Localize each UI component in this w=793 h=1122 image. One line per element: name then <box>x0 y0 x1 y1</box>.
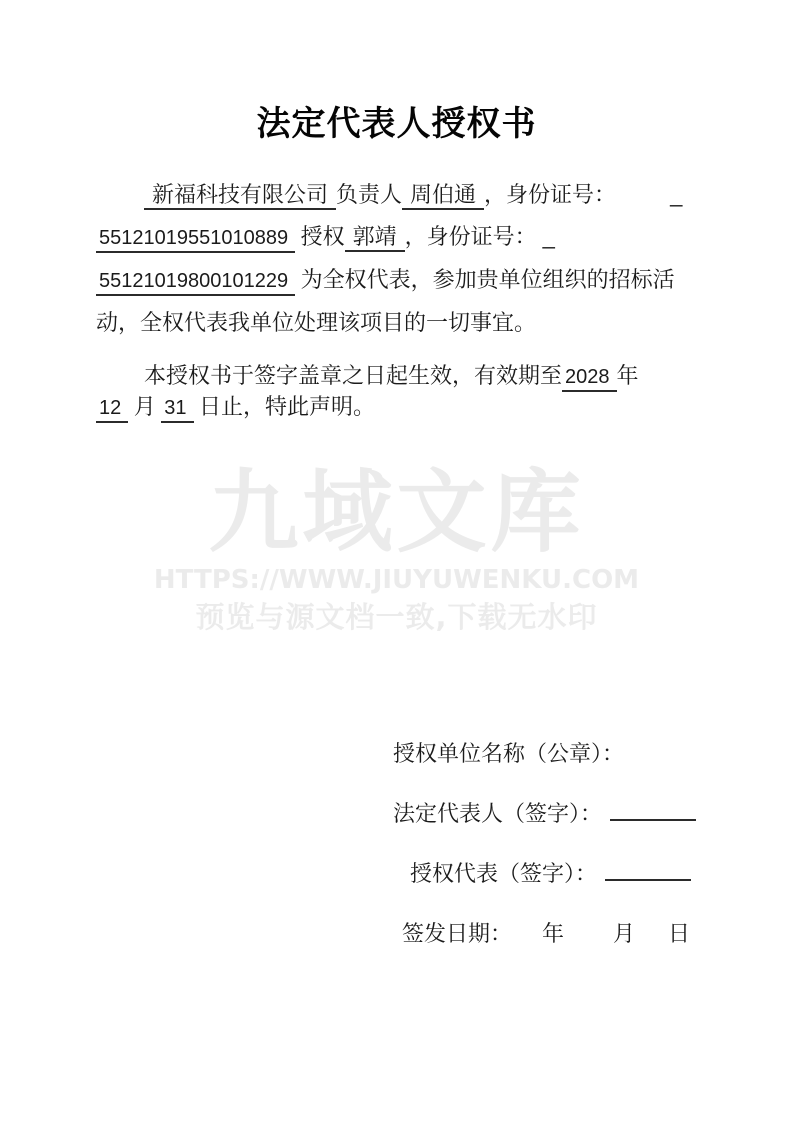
responsible-person-name-field: 周伯通 <box>402 182 484 210</box>
unit-seal-row: 授权单位名称（公章）： <box>393 737 696 771</box>
responsible-person-id-field: 55121019551010889 <box>96 227 295 253</box>
id-blank-2: _ <box>543 216 555 258</box>
responsible-person-label: 负责人 <box>336 182 402 207</box>
signature-block: 授权单位名称（公章）： 法定代表人（签字）： 授权代表（签字）： 签发日期：年月… <box>393 737 696 977</box>
auth-line-1: 新福科技有限公司负责人周伯通，身份证号：_ <box>96 174 682 216</box>
validity-line-2: 12 月 31 日止，特此声明。 <box>96 392 682 423</box>
representative-id-field: 55121019800101229 <box>96 270 295 296</box>
auth-line-3: 55121019800101229 为全权代表，参加贵单位组织的招标活 <box>96 259 682 302</box>
date-month-label: 月 <box>613 921 635 946</box>
document-title: 法定代表人授权书 <box>0 100 793 148</box>
watermark-tagline: 预览与源文档一致,下载无水印 <box>0 600 793 634</box>
id-number-label-2: ，身份证号： <box>405 224 537 249</box>
auth-line-4: 动，全权代表我单位处理该项目的一切事宜。 <box>96 302 682 344</box>
auth-body-text-2: 动，全权代表我单位处理该项目的一切事宜。 <box>96 310 536 335</box>
legal-rep-signature-line <box>610 797 696 821</box>
company-name-field: 新福科技有限公司 <box>144 182 336 210</box>
authorization-paragraph: 新福科技有限公司负责人周伯通，身份证号：_ 55121019551010889 … <box>96 174 682 344</box>
legal-rep-sign-row: 法定代表人（签字）： <box>393 797 696 831</box>
watermark-url: HTTPS://WWW.JIUYUWENKU.COM <box>0 566 793 594</box>
representative-name-field: 郭靖 <box>345 224 405 252</box>
issue-date-row: 签发日期：年月日 <box>402 917 696 951</box>
legal-rep-label: 法定代表人（签字）： <box>393 801 602 826</box>
document-page: 法定代表人授权书 新福科技有限公司负责人周伯通，身份证号：_ 551210195… <box>0 0 793 1122</box>
auth-line-2: 55121019551010889 授权郭靖，身份证号：_ <box>96 216 682 259</box>
month-label: 月 <box>134 394 156 419</box>
auth-body-text-1: 为全权代表，参加贵单位组织的招标活 <box>301 267 675 292</box>
validity-text: 本授权书于签字盖章之日起生效，有效期至 <box>144 363 562 388</box>
expiry-month-field: 12 <box>96 397 128 423</box>
auth-rep-label: 授权代表（签字）： <box>410 861 597 886</box>
id-blank-1: _ <box>622 174 682 216</box>
unit-seal-label: 授权单位名称（公章）： <box>393 741 624 766</box>
authorize-label: 授权 <box>301 224 345 249</box>
id-number-label-1: ，身份证号： <box>484 182 616 207</box>
auth-rep-signature-line <box>605 857 691 881</box>
year-label: 年 <box>617 363 639 388</box>
expiry-day-field: 31 <box>161 397 193 423</box>
watermark: 九域文库 HTTPS://WWW.JIUYUWENKU.COM 预览与源文档一致… <box>0 463 793 634</box>
watermark-logo: 九域文库 <box>0 463 793 563</box>
auth-rep-sign-row: 授权代表（签字）： <box>410 857 696 891</box>
expiry-year-field: 2028 <box>562 366 617 392</box>
date-year-label: 年 <box>542 921 564 946</box>
issue-date-label: 签发日期： <box>402 921 512 946</box>
date-day-label: 日 <box>668 921 690 946</box>
validity-paragraph: 本授权书于签字盖章之日起生效，有效期至2028年 12 月 31 日止，特此声明… <box>96 361 682 423</box>
declaration-text: 日止，特此声明。 <box>199 394 375 419</box>
validity-line-1: 本授权书于签字盖章之日起生效，有效期至2028年 <box>96 361 682 392</box>
